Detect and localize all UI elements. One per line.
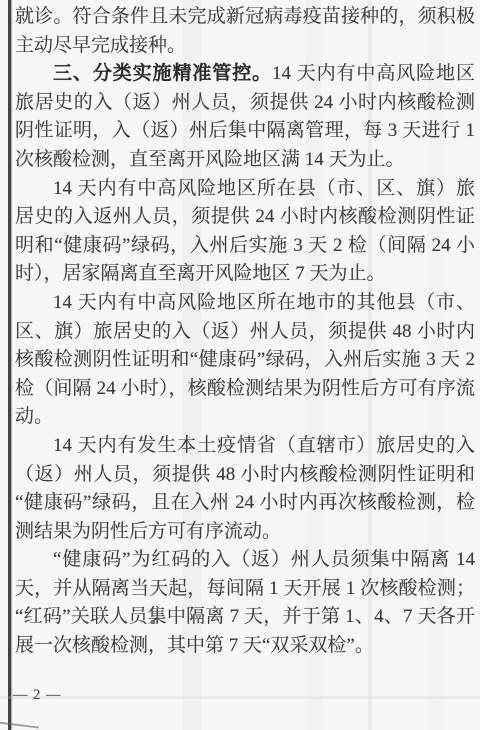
paragraph-text: 14 天内有中高风险地区所在县（市、区、旗）旅居史的入返州人员，须提供 24 小…	[15, 178, 475, 285]
scanned-document-page: 就诊。符合条件且未完成新冠病毒疫苗接种的，须积极主动尽早完成接种。 三、分类实施…	[0, 0, 480, 730]
paragraph-text: “健康码”为红码的入（返）州人员须集中隔离 14 天，并从隔离当天起，每间隔 1…	[15, 549, 475, 656]
paragraph: 14 天内有发生本土疫情省（直辖市）旅居史的入（返）州人员，须提供 48 小时内…	[15, 432, 475, 546]
paragraph: 14 天内有中高风险地区所在地市的其他县（市、区、旗）旅居史的入（返）州人员，须…	[15, 289, 475, 432]
scan-speck-artifact	[151, 620, 155, 624]
paragraph: “健康码”为红码的入（返）州人员须集中隔离 14 天，并从隔离当天起，每间隔 1…	[15, 546, 475, 660]
page-number: — 2 —	[13, 687, 62, 704]
scan-edge-artifact	[8, 0, 11, 730]
paragraph-text: 14 天内有中高风险地区所在地市的其他县（市、区、旗）旅居史的入（返）州人员，须…	[15, 292, 475, 427]
paragraph-text: 14 天内有发生本土疫情省（直辖市）旅居史的入（返）州人员，须提供 48 小时内…	[15, 435, 475, 542]
scan-streak-artifact	[0, 696, 480, 699]
paragraph: 三、分类实施精准管控。14 天内有中高风险地区旅居史的入（返）州人员，须提供 2…	[15, 60, 475, 174]
paragraph: 就诊。符合条件且未完成新冠病毒疫苗接种的，须积极主动尽早完成接种。	[15, 3, 475, 60]
document-body: 就诊。符合条件且未完成新冠病毒疫苗接种的，须积极主动尽早完成接种。 三、分类实施…	[15, 3, 475, 661]
paragraph-text: 就诊。符合条件且未完成新冠病毒疫苗接种的，须积极主动尽早完成接种。	[15, 6, 475, 56]
paragraph: 14 天内有中高风险地区所在县（市、区、旗）旅居史的入返州人员，须提供 24 小…	[15, 175, 475, 289]
section-heading: 三、分类实施精准管控。	[53, 63, 272, 84]
scan-corner-artifact	[0, 721, 39, 728]
